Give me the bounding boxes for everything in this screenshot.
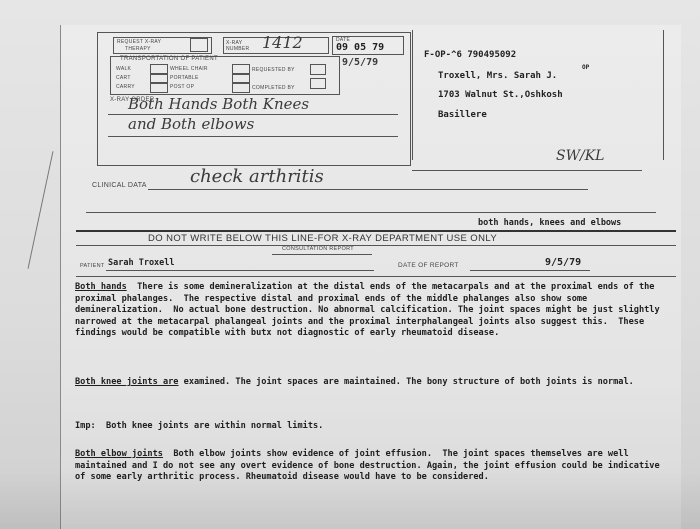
patient-id-line: F-OP-^6 790495092 xyxy=(424,50,516,60)
patient-address: 1703 Walnut St.,Oshkosh xyxy=(438,90,563,100)
requested-by-field[interactable] xyxy=(310,64,326,75)
typed-order: both hands, knees and elbows xyxy=(478,218,621,228)
patient-stamp-name: Troxell, Mrs. Sarah J. xyxy=(438,71,557,81)
xray-number-label: X-RAY NUMBER xyxy=(226,40,254,52)
transportation-title: TRANSPORTATION OF PATIENT xyxy=(120,56,218,62)
elbow-heading: Both elbow joints xyxy=(75,449,163,459)
banner-rule-bottom xyxy=(76,245,676,246)
xray-order-rule-2 xyxy=(108,136,398,137)
transport-walk: WALK xyxy=(116,66,131,72)
impression-text: Imp: Both knee joints are within normal … xyxy=(75,421,323,431)
xray-order-line1: Both Hands Both Knees xyxy=(128,95,309,113)
report-knees: Both knee joints are examined. The joint… xyxy=(75,377,675,389)
transport-cart: CART xyxy=(116,75,131,81)
patient-name: Sarah Troxell xyxy=(108,258,175,268)
date-of-report-value: 9/5/79 xyxy=(545,257,581,268)
xray-number-value: 1412 xyxy=(262,33,303,52)
date-rule xyxy=(470,270,590,271)
clinical-data-value: check arthritis xyxy=(190,166,324,187)
knee-text: examined. The joint spaces are maintaine… xyxy=(178,377,633,387)
patient-stamp-name-sup: OP xyxy=(582,64,589,71)
consultation-rule xyxy=(272,254,372,255)
date-value: 09 05 79 xyxy=(336,42,384,53)
requested-by-label: REQUESTED BY xyxy=(252,67,295,73)
transport-wheelchair: WHEEL CHAIR xyxy=(170,66,208,72)
report-elbows: Both elbow joints Both elbow joints show… xyxy=(75,449,675,484)
xray-order-line2: and Both elbows xyxy=(128,115,254,133)
clinical-data-label: CLINICAL DATA xyxy=(92,182,147,189)
attending-physician: Basillere xyxy=(438,110,487,120)
completed-by-field[interactable] xyxy=(310,78,326,89)
elbow-text: Both elbow joints show evidence of joint… xyxy=(75,449,665,482)
hands-text: There is some demineralization at the di… xyxy=(75,282,665,338)
banner-rule-top xyxy=(76,230,676,232)
therapy-label: THERAPY xyxy=(125,46,151,52)
patient-label: PATIENT xyxy=(80,263,105,269)
knee-heading: Both knee joints are xyxy=(75,377,178,387)
handwritten-date: 9/5/79 xyxy=(342,57,378,68)
hands-heading: Both hands xyxy=(75,282,127,292)
transport-carry: CARRY xyxy=(116,84,135,90)
request-xray-label: REQUEST X-RAY xyxy=(117,39,161,45)
transport-postop: POST OP xyxy=(170,84,194,90)
signature: SW/KL xyxy=(556,148,604,164)
request-xray-checkbox[interactable] xyxy=(190,38,208,52)
date-of-report-label: DATE OF REPORT xyxy=(398,262,459,269)
carry-checkbox[interactable] xyxy=(150,82,168,93)
report-hands: Both hands There is some demineralizatio… xyxy=(75,282,675,340)
signature-rule xyxy=(412,170,642,171)
report-rule xyxy=(76,276,676,277)
clinical-data-rule-2 xyxy=(86,212,656,213)
department-banner: DO NOT WRITE BELOW THIS LINE-FOR X-RAY D… xyxy=(148,233,497,244)
postop-checkbox[interactable] xyxy=(232,82,250,93)
transport-portable: PORTABLE xyxy=(170,75,199,81)
clinical-data-rule xyxy=(148,189,588,190)
report-impression: Imp: Both knee joints are within normal … xyxy=(75,421,675,433)
completed-by-label: COMPLETED BY xyxy=(252,85,295,91)
consultation-report-label: CONSULTATION REPORT xyxy=(282,246,354,252)
patient-rule xyxy=(106,270,374,271)
